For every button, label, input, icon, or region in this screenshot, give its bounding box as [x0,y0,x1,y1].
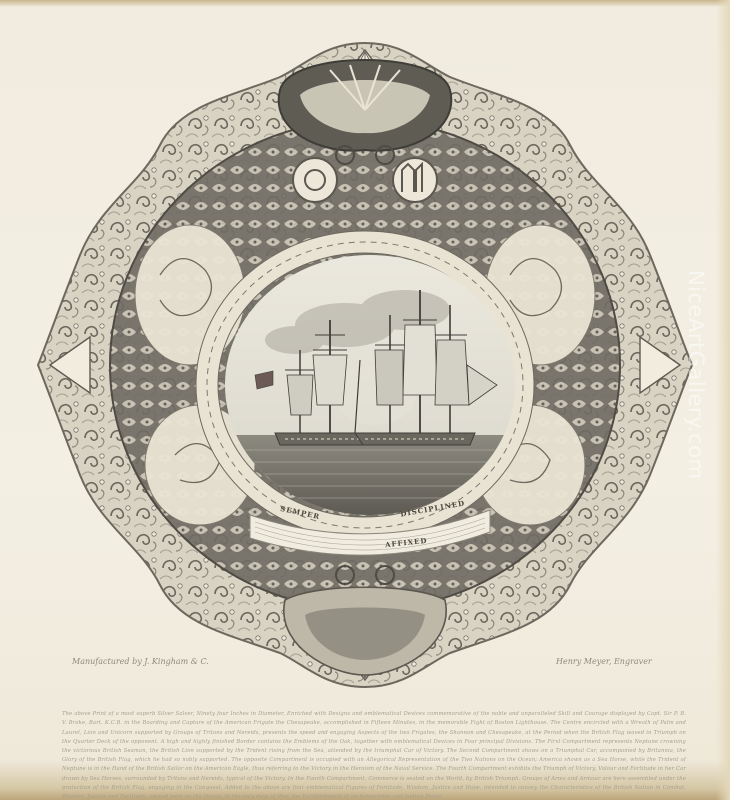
naval-battle-medallion [225,255,515,515]
descriptive-caption: The above Print of a most superb Silver … [62,710,686,800]
battle-scene-svg [225,255,515,515]
print-sheet: SEMPER DISCIPLINED AFFIXED Manufactured … [0,0,730,800]
engraver-signature: Henry Meyer, Engraver [556,657,652,666]
manufacturer-signature: Manufactured by J. Kingham & C. [72,657,209,666]
motto-ribbon: SEMPER DISCIPLINED AFFIXED [240,500,500,570]
gallery-watermark: NiceArtGallery.com [684,270,708,480]
